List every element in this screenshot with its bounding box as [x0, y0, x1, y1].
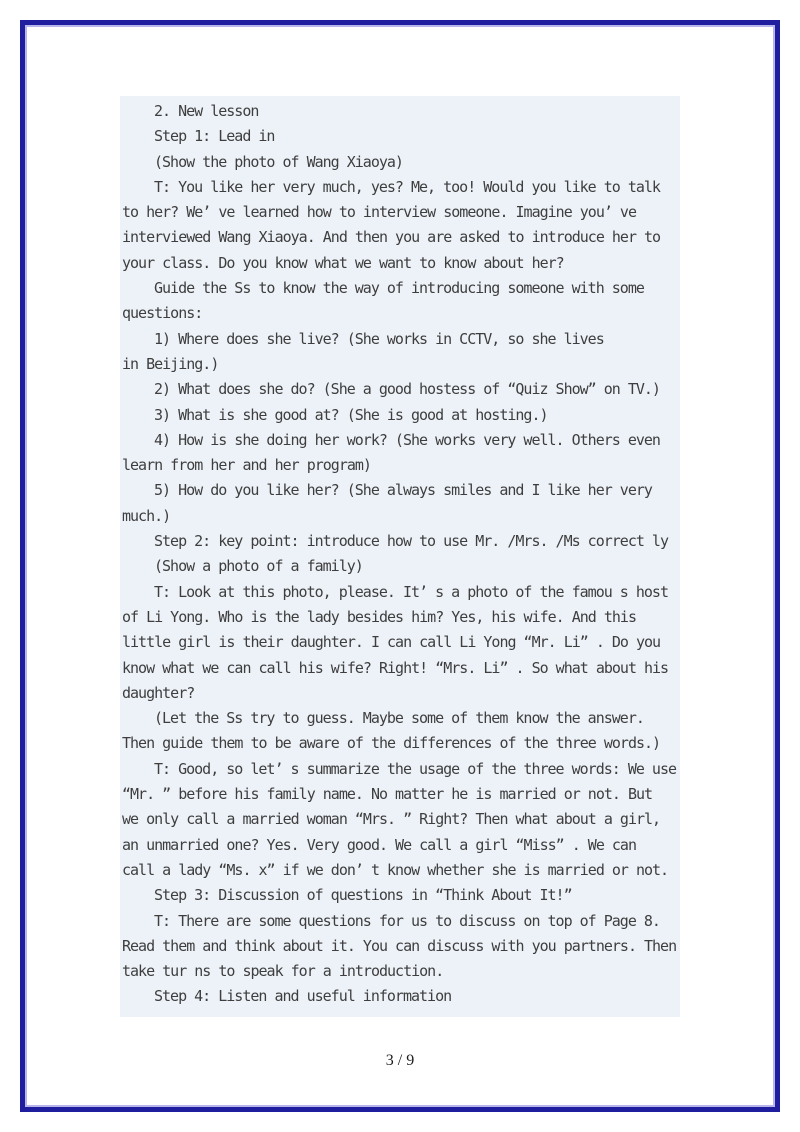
page-footer: 3 / 9	[0, 1052, 800, 1070]
text-line: interviewed Wang Xiaoya. And then you ar…	[122, 225, 680, 250]
text-line: Read them and think about it. You can di…	[122, 934, 680, 959]
text-line: T: Good, so let’ s summarize the usage o…	[122, 757, 680, 782]
text-line: to her? We’ ve learned how to interview …	[122, 200, 680, 225]
text-line: much.)	[122, 504, 680, 529]
text-line: 3) What is she good at? (She is good at …	[122, 403, 680, 428]
text-line: your class. Do you know what we want to …	[122, 251, 680, 276]
text-line: learn from her and her program)	[122, 453, 680, 478]
text-line: T: There are some questions for us to di…	[122, 909, 680, 934]
text-lines: 2. New lessonStep 1: Lead in(Show the ph…	[122, 99, 680, 1010]
text-line: of Li Yong. Who is the lady besides him?…	[122, 605, 680, 630]
page-number: 3 / 9	[386, 1052, 414, 1069]
text-line: Then guide them to be aware of the diffe…	[122, 731, 680, 756]
text-line: take tur ns to speak for a introduction.	[122, 959, 680, 984]
text-line: T: Look at this photo, please. It’ s a p…	[122, 580, 680, 605]
text-line: Step 3: Discussion of questions in “Thin…	[122, 883, 680, 908]
text-line: Guide the Ss to know the way of introduc…	[122, 276, 680, 301]
text-line: (Show the photo of Wang Xiaoya)	[122, 150, 680, 175]
text-line: little girl is their daughter. I can cal…	[122, 630, 680, 655]
text-line: call a lady “Ms. x” if we don’ t know wh…	[122, 858, 680, 883]
text-line: 2) What does she do? (She a good hostess…	[122, 377, 680, 402]
text-line: T: You like her very much, yes? Me, too!…	[122, 175, 680, 200]
text-line: “Mr. ” before his family name. No matter…	[122, 782, 680, 807]
document-page: 2. New lessonStep 1: Lead in(Show the ph…	[0, 0, 800, 1132]
text-line: questions:	[122, 301, 680, 326]
text-line: 5) How do you like her? (She always smil…	[122, 478, 680, 503]
text-line: (Show a photo of a family)	[122, 554, 680, 579]
text-line: Step 1: Lead in	[122, 124, 680, 149]
text-line: an unmarried one? Yes. Very good. We cal…	[122, 833, 680, 858]
text-line: 1) Where does she live? (She works in CC…	[122, 327, 680, 352]
text-line: know what we can call his wife? Right! “…	[122, 656, 680, 681]
text-line: daughter?	[122, 681, 680, 706]
text-line: 2. New lesson	[122, 99, 680, 124]
text-line: (Let the Ss try to guess. Maybe some of …	[122, 706, 680, 731]
text-line: in Beijing.)	[122, 352, 680, 377]
text-line: 4) How is she doing her work? (She works…	[122, 428, 680, 453]
text-line: Step 4: Listen and useful information	[122, 984, 680, 1009]
document-body: 2. New lessonStep 1: Lead in(Show the ph…	[120, 96, 680, 1017]
text-line: Step 2: key point: introduce how to use …	[122, 529, 680, 554]
text-line: we only call a married woman “Mrs. ” Rig…	[122, 807, 680, 832]
